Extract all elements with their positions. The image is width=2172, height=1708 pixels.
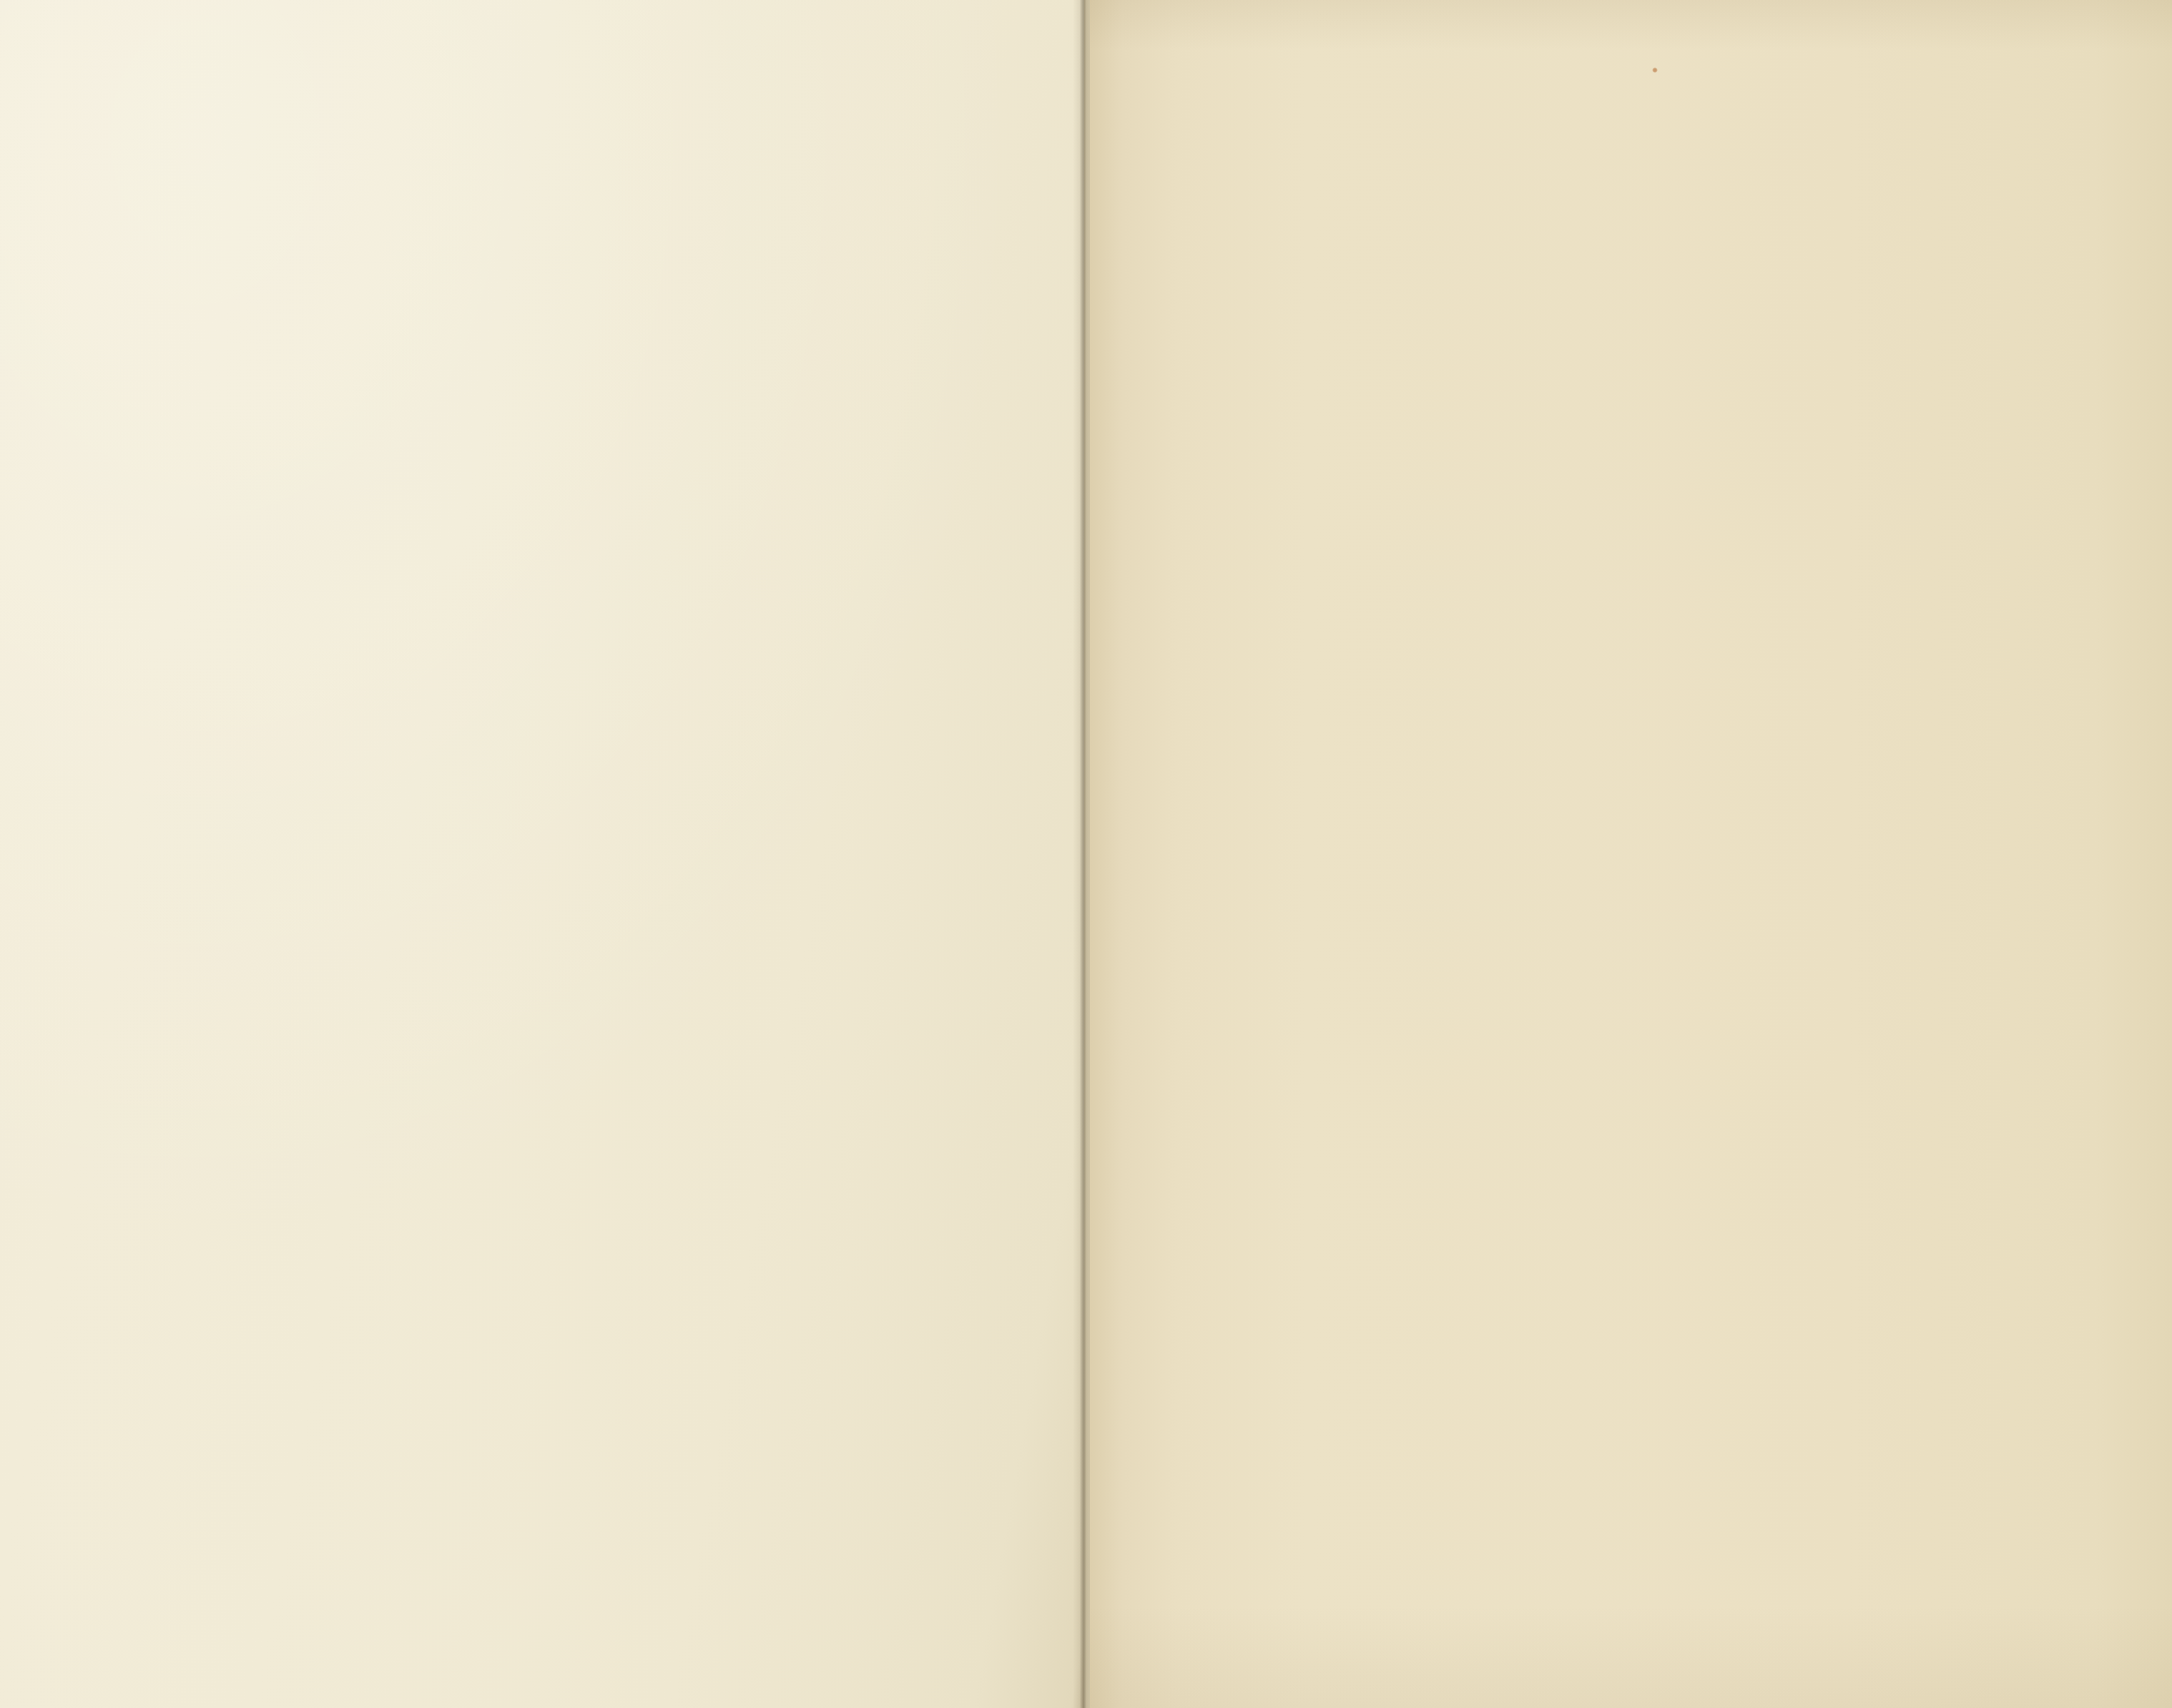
left-blank-page [0,0,1084,1708]
book-spread: OPERATING THE RAILROAD 223 milk train, a… [0,0,2172,1708]
right-text-page: OPERATING THE RAILROAD 223 milk train, a… [1090,0,2172,1708]
